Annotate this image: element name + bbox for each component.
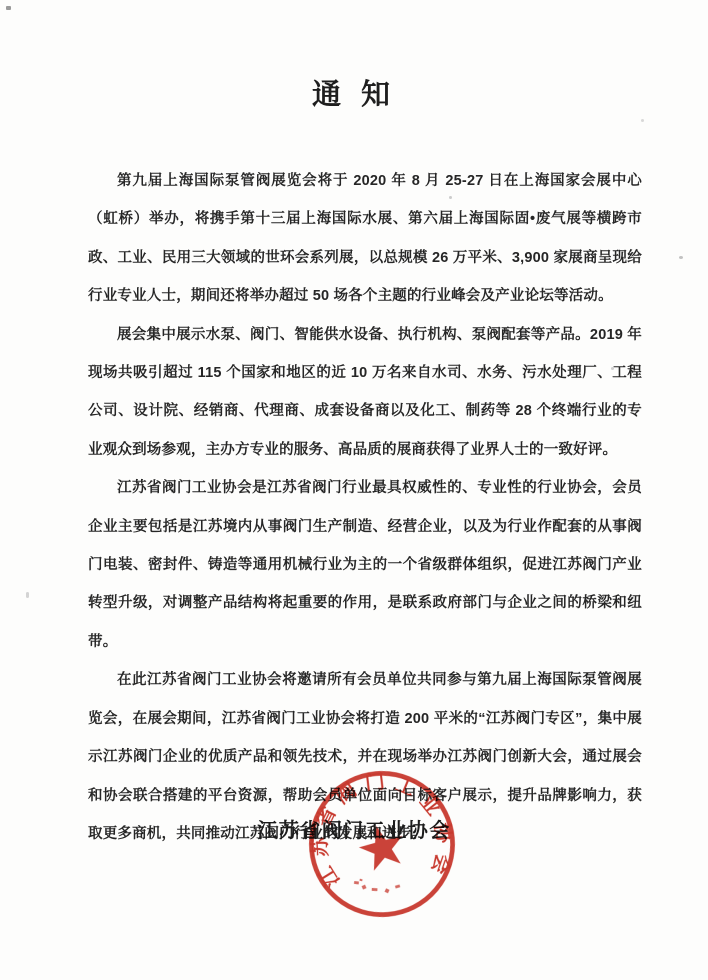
official-seal-stamp: 江苏省阀门工业协会 [295,757,468,930]
seal-serial-marks [354,875,401,896]
paragraph-1: 第九届上海国际泵管阀展览会将于 2020 年 8 月 25-27 日在上海国家会… [88,162,642,316]
paragraph-2: 展会集中展示水泵、阀门、智能供水设备、执行机构、泵阀配套等产品。2019 年现场… [88,316,642,470]
paragraph-3: 江苏省阀门工业协会是江苏省阀门行业最具权威性的、专业性的行业协会，会员企业主要包… [88,469,642,661]
scan-noise [6,6,11,10]
page-title: 通 知 [0,72,708,113]
scan-noise [641,119,644,122]
seal-star-icon [357,824,405,872]
seal-arc-text: 江苏省阀门工业协会 [302,764,460,893]
scan-noise [611,367,614,370]
scan-noise [148,181,151,184]
highlight-innovation-conference: 江苏阀门创新大会 [448,749,568,765]
scan-noise [449,196,452,199]
seal-graphic: 江苏省阀门工业协会 [295,757,468,930]
highlight-jiangsu-valve-zone: 江苏阀门专区 [486,711,575,727]
notice-body: 第九届上海国际泵管阀展览会将于 2020 年 8 月 25-27 日在上海国家会… [88,162,642,853]
scanned-notice-page: 通 知 第九届上海国际泵管阀展览会将于 2020 年 8 月 25-27 日在上… [0,0,708,980]
scan-noise [26,592,29,598]
scan-noise [679,256,683,259]
